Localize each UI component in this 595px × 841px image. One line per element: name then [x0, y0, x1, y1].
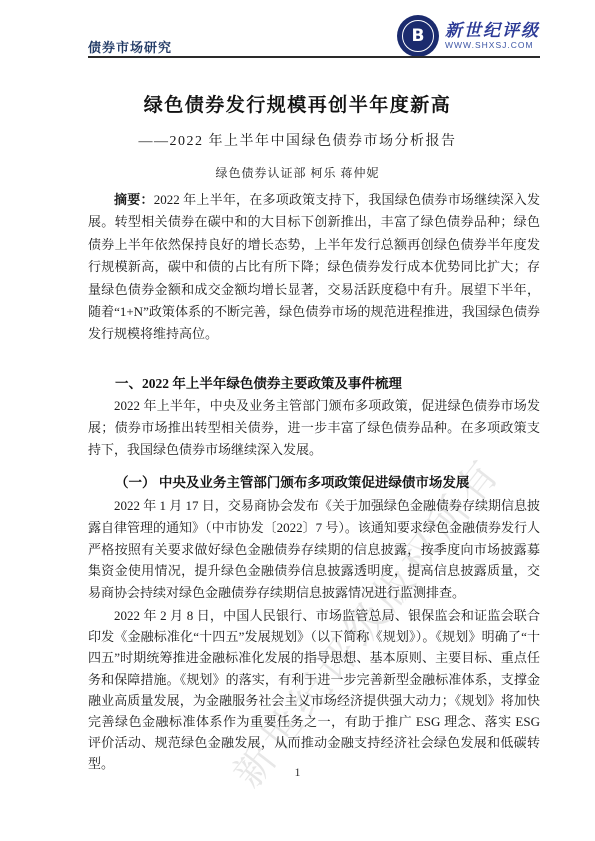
abstract-text: 2022 年上半年，在多项政策支持下，我国绿色债券市场继续深入发展。转型相关债券… — [88, 192, 540, 341]
header-category-label: 债券市场研究 — [88, 37, 172, 56]
section-heading-1: 一、2022 年上半年绿色债券主要政策及事件梳理 — [115, 372, 540, 392]
report-title: 绿色债券发行规模再创半年度新高 — [0, 90, 595, 117]
section-subheading-1-1: （一） 中央及业务主管部门颁布多项政策促进绿债市场发展 — [115, 471, 540, 491]
logo-website-url: WWW.SHXSJ.COM — [445, 40, 534, 50]
page-content: 债券市场研究 B 新世纪评级 WWW.SHXSJ.COM 绿色债券发行规模再创半… — [0, 0, 595, 841]
section1-paragraph-1: 2022 年上半年，中央及业务主管部门颁布多项政策，促进绿色债券市场发展；债券市… — [88, 395, 540, 462]
logo-seal-icon: B — [397, 15, 439, 57]
company-logo: B 新世纪评级 WWW.SHXSJ.COM — [397, 15, 540, 57]
report-subtitle: ——2022 年上半年中国绿色债券市场分析报告 — [0, 130, 595, 150]
abstract-label: 摘要： — [114, 192, 154, 207]
page-number: 1 — [0, 765, 595, 780]
logo-brand-name: 新世纪评级 — [445, 22, 540, 41]
abstract-paragraph: 摘要：2022 年上半年，在多项政策支持下，我国绿色债券市场继续深入发展。转型相… — [88, 189, 540, 346]
header-divider-rule — [88, 56, 540, 58]
document-page: 新世纪评级版权所有 债券市场研究 B 新世纪评级 WWW.SHXSJ.COM 绿… — [0, 0, 595, 841]
section1-paragraph-2: 2022 年 1 月 17 日，交易商协会发布《关于加强绿色金融债券存续期信息披… — [88, 495, 540, 604]
section1-paragraph-3: 2022 年 2 月 8 日，中国人民银行、市场监管总局、银保监会和证监会联合印… — [88, 605, 540, 775]
logo-text-block: 新世纪评级 WWW.SHXSJ.COM — [445, 22, 540, 51]
logo-seal-monogram: B — [397, 15, 439, 57]
report-authors: 绿色债券认证部 柯乐 蒋仲妮 — [0, 164, 595, 181]
